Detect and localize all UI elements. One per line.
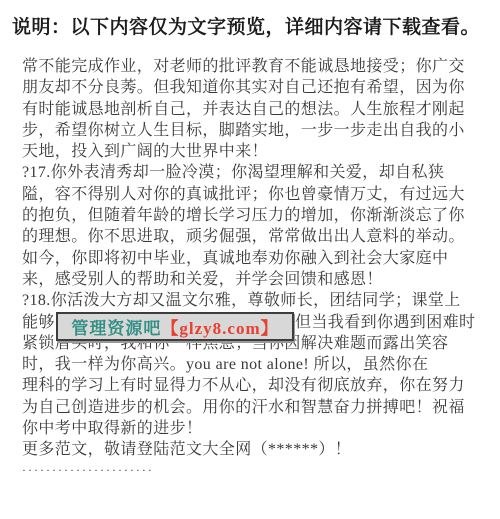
text-line: 的理想。你不思进取，顽劣倔强，常常做出出人意料的举动。 [22, 226, 490, 247]
watermark-site-name: 管理资源吧 [71, 314, 161, 339]
text-line: ?18.你活泼大方却又温文尔雅，尊敬师长，团结同学；课堂上 [22, 290, 490, 311]
text-line: 常不能完成作业，对老师的批评教育不能诚恳地接受；你广交 [22, 56, 490, 77]
interrupted-line-prefix: 能够 [22, 314, 55, 331]
text-line: 天地，投入到广阔的大世界中来！ [22, 141, 490, 162]
text-line: 为自己创造进步的机会。用你的汗水和智慧奋力拼搏吧！祝福 [22, 397, 490, 418]
text-line: 隘，容不得别人对你的真诚批评；你也曾豪情万丈，有过远大 [22, 184, 490, 205]
text-line: 朋友却不分良莠。但我知道你其实对自己还抱有希望，因为你 [22, 77, 490, 98]
text-line: 理科的学习上有时显得力不从心，却没有彻底放弃，你在努力 [22, 375, 490, 396]
text-line: 你中考中取得新的进步！ [22, 418, 490, 439]
text-line: ?17.你外表清秀却一脸冷漠；你渴望理解和关爱，却自私狭 [22, 162, 490, 183]
preview-notice-heading: 说明：以下内容仅为文字预览，详细内容请下载查看。 [12, 12, 480, 39]
text-line: 步，希望你树立人生目标，脚踏实地，一步一步走出自我的小 [22, 120, 490, 141]
dotted-separator: ······················ [22, 461, 490, 482]
watermark-stamp: 管理资源吧【glzy8.com】 [56, 312, 294, 341]
text-line: 如今，你即将初中毕业，真诚地奉劝你融入到社会大家庭中 [22, 248, 490, 269]
watermark-site-url: 【glzy8.com】 [161, 314, 278, 339]
text-line: 有时能诚恳地剖析自己，并表达自己的想法。人生旅程才刚起 [22, 99, 490, 120]
text-line: 时，我一样为你高兴。you are not alone! 所以，虽然你在 [22, 354, 490, 375]
text-line: 更多范文，敬请登陆范文大全网（******）！ [22, 439, 490, 460]
interrupted-line-suffix: 但当我看到你遇到困难时 [295, 312, 475, 333]
document-preview-text: 常不能完成作业，对老师的批评教育不能诚恳地接受；你广交 朋友却不分良莠。但我知道… [22, 56, 490, 482]
text-line: 的抱负，但随着年龄的增长学习压力的增加，你渐渐淡忘了你 [22, 205, 490, 226]
text-line: 来，感受别人的帮助和关爱，并学会回馈和感恩！ [22, 269, 490, 290]
